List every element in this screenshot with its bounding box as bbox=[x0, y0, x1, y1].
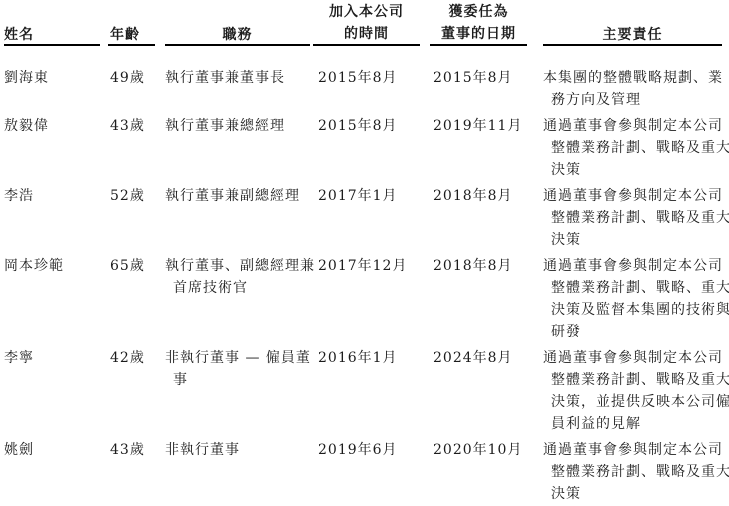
header-rule-appointed-date bbox=[430, 44, 527, 46]
director-responsibilities: 通過董事會參與制定本公司 整體業務計劃、戰略及重大 決策 bbox=[543, 185, 729, 251]
director-responsibilities: 通過董事會參與制定本公司 整體業務計劃、戰略及重大 決策 bbox=[543, 439, 729, 505]
director-appointed-date: 2015年8月 bbox=[433, 67, 528, 89]
director-appointed-date: 2018年8月 bbox=[433, 185, 528, 207]
director-position: 執行董事兼總經理 bbox=[165, 115, 331, 137]
director-appointed-date: 2018年8月 bbox=[433, 255, 528, 277]
director-joined-date: 2017年12月 bbox=[318, 255, 423, 277]
column-header-responsibilities: 主要責任 bbox=[543, 24, 722, 46]
column-header-position: 職務 bbox=[165, 24, 310, 46]
director-name: 劉海東 bbox=[4, 67, 104, 89]
director-responsibilities: 通過董事會參與制定本公司 整體業務計劃、戰略、重大 決策及監督本集團的技術與 研… bbox=[543, 255, 729, 343]
director-name: 李浩 bbox=[4, 185, 104, 207]
header-rule-name bbox=[4, 44, 100, 46]
director-joined-date: 2019年6月 bbox=[318, 439, 423, 461]
director-position: 執行董事兼副總經理 bbox=[165, 185, 331, 207]
director-position: 非執行董事 — 僱員董 事 bbox=[165, 347, 331, 391]
director-age: 49歲 bbox=[110, 67, 156, 89]
director-appointed-date: 2020年10月 bbox=[433, 439, 528, 461]
director-name: 姚劍 bbox=[4, 439, 104, 461]
director-position: 執行董事、副總經理兼 首席技術官 bbox=[165, 255, 331, 299]
director-position: 執行董事兼董事長 bbox=[165, 67, 331, 89]
director-joined-date: 2015年8月 bbox=[318, 67, 423, 89]
director-name: 敖毅偉 bbox=[4, 115, 104, 137]
director-age: 65歲 bbox=[110, 255, 156, 277]
director-name: 李寧 bbox=[4, 347, 104, 369]
directors-table-page: 姓名 年齡 職務 加入本公司 的時間 獲委任為 董事的日期 主要責任 劉海東 4… bbox=[0, 0, 729, 506]
director-responsibilities: 通過董事會參與制定本公司 整體業務計劃、戰略及重大 決策，並提供反映本公司僱 員… bbox=[543, 347, 729, 435]
header-rule-age bbox=[108, 44, 155, 46]
column-header-appointed-date: 獲委任為 董事的日期 bbox=[430, 1, 527, 45]
director-joined-date: 2017年1月 bbox=[318, 185, 423, 207]
header-rule-responsibilities bbox=[543, 44, 722, 46]
director-position: 非執行董事 bbox=[165, 439, 331, 461]
director-age: 42歲 bbox=[110, 347, 156, 369]
director-responsibilities: 本集團的整體戰略規劃、業 務方向及管理 bbox=[543, 67, 729, 111]
director-responsibilities: 通過董事會參與制定本公司 整體業務計劃、戰略及重大 決策 bbox=[543, 115, 729, 181]
column-header-name: 姓名 bbox=[4, 24, 100, 46]
director-age: 52歲 bbox=[110, 185, 156, 207]
director-name: 岡本珍範 bbox=[4, 255, 104, 277]
header-rule-position bbox=[165, 44, 310, 46]
director-age: 43歲 bbox=[110, 115, 156, 137]
director-joined-date: 2015年8月 bbox=[318, 115, 423, 137]
header-rule-joined-date bbox=[313, 44, 420, 46]
director-joined-date: 2016年1月 bbox=[318, 347, 423, 369]
director-appointed-date: 2019年11月 bbox=[433, 115, 528, 137]
column-header-joined-date: 加入本公司 的時間 bbox=[313, 1, 420, 45]
director-appointed-date: 2024年8月 bbox=[433, 347, 528, 369]
director-age: 43歲 bbox=[110, 439, 156, 461]
column-header-age: 年齡 bbox=[110, 24, 157, 46]
